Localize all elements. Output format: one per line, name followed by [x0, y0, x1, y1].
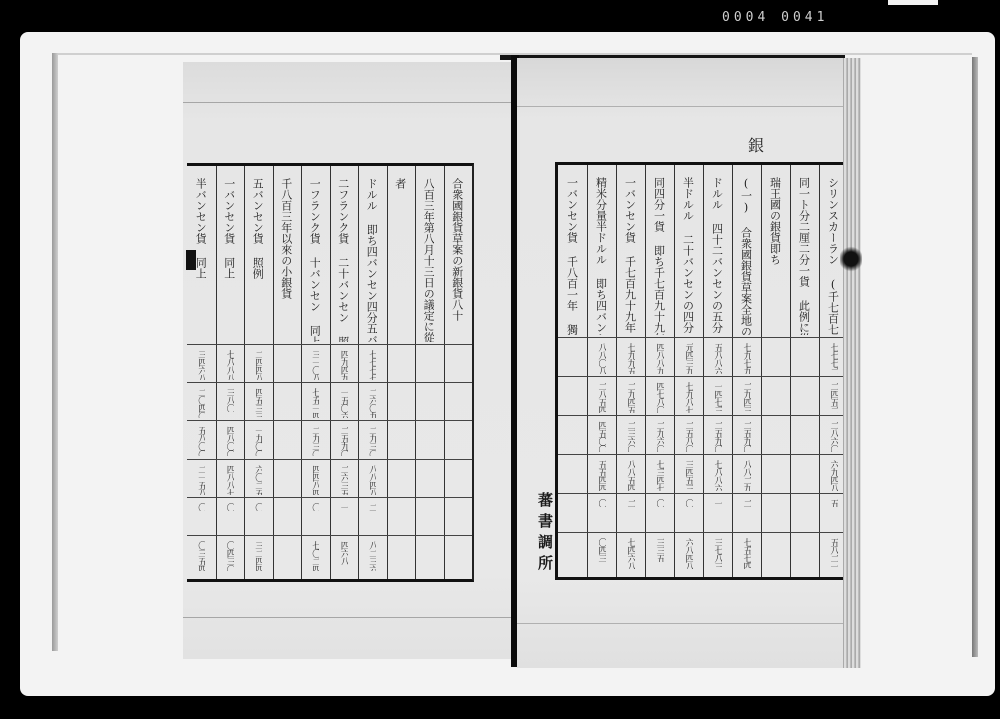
- left-table: 合衆國銀貨草案の新銀貨八十八百三年第八月十三日の議定に從ふ者ドルル 即ち四バンセ…: [187, 163, 474, 582]
- table-cell: 一: [339, 503, 348, 511]
- table-cell: 五八八六五: [713, 343, 722, 374]
- table-cell: 一四七三: [713, 382, 722, 413]
- column-rule: [273, 166, 274, 579]
- table-cell: 二六三五〇四: [339, 465, 348, 495]
- table-cell: 〇: [196, 503, 205, 511]
- row-rule: [558, 454, 848, 455]
- table-cell: 五: [829, 499, 838, 507]
- column-rule: [330, 166, 331, 579]
- table-cell: 四四八四五三: [310, 465, 319, 495]
- column-rule: [587, 165, 588, 577]
- table-cell: 二八六〇: [829, 421, 838, 452]
- table-cell: 四五三三: [253, 388, 262, 418]
- label-column: 一バンセン貨 千八百一年 獨逸の位に從ふ: [567, 177, 578, 335]
- label-column: ドルル 四十二バンセンの五分の一 同千七百九十八年 右國の位に從ふ: [712, 177, 723, 335]
- table-cell: 七八八八九五: [225, 350, 234, 380]
- column-rule: [244, 166, 245, 579]
- table-cell: 〇: [684, 499, 693, 507]
- frame-number: 0004 0041: [722, 10, 828, 25]
- label-column: (一) 合衆國銀貨草案全地の銀貨: [741, 177, 752, 335]
- table-cell: 二五九〇: [742, 421, 751, 452]
- table-cell: 二九三〇: [310, 426, 319, 456]
- table-cell: 四八〇〇: [225, 426, 234, 456]
- label-column: 合衆國銀貨草案の新銀貨八十: [452, 178, 463, 321]
- label-column: 者: [395, 178, 406, 189]
- table-cell: 七〇二四: [310, 541, 319, 571]
- table-cell: 八八二九: [742, 460, 751, 491]
- table-cell: 三一〇八八: [310, 350, 319, 380]
- table-cell: 四七八〇: [655, 382, 664, 413]
- column-rule: [761, 165, 762, 577]
- column-rule: [216, 166, 217, 579]
- table-cell: 四八八九六: [655, 343, 664, 374]
- table-cell: 〇四三〇: [225, 541, 234, 571]
- table-cell: 四六八: [339, 541, 348, 565]
- table-cell: 七八八六二: [713, 460, 722, 491]
- table-cell: 五八〇〇: [196, 426, 205, 456]
- label-column: 一フランク貨 十バンセン 同上: [309, 178, 320, 342]
- column-rule: [790, 165, 791, 577]
- table-cell: 〇: [597, 499, 606, 507]
- table-cell: 二四四八四〇: [253, 350, 262, 380]
- table-cell: 六〇二五五: [253, 465, 262, 495]
- table-cell: 七九八七: [684, 382, 693, 413]
- table-cell: 七五一四: [310, 388, 319, 418]
- row-rule: [187, 382, 472, 383]
- table-cell: 七四六八: [626, 538, 635, 569]
- label-column: 同一ト分二厘二分一貨 此例に從ふ: [799, 177, 810, 335]
- table-cell: 二四五二: [829, 382, 838, 413]
- label-column: シリンスカーラン (千七百七十五年 同七十五年) 右國の位に從ふ: [828, 177, 839, 335]
- column-rule: [645, 165, 646, 577]
- table-cell: 一九〇〇: [253, 426, 262, 456]
- label-column: 精米分量半ドルル 即ち四バンセン貨 千八百一年 同上: [596, 177, 607, 335]
- label-column: 半バンセン貨 同上: [195, 178, 206, 279]
- table-cell: 〇三五四: [196, 541, 205, 571]
- table-cell: 七七七二四: [829, 343, 838, 374]
- page-edges: [843, 58, 861, 668]
- table-cell: 六八四八: [684, 538, 693, 569]
- table-cell: 二九四三五: [742, 382, 751, 413]
- page-tab-marker-right: [840, 245, 862, 273]
- right-table: シリンスカーラン (千七百七十五年 同七十五年) 右國の位に從ふ同一ト分二厘二分…: [555, 162, 848, 580]
- table-cell: 二五九〇: [713, 421, 722, 452]
- row-rule: [187, 420, 472, 421]
- table-cell: 三八〇: [225, 388, 234, 412]
- row-rule: [558, 415, 848, 416]
- table-cell: 二: [367, 503, 376, 511]
- row-rule: [558, 376, 848, 377]
- table-cell: 元四三九: [684, 343, 693, 374]
- table-cell: 三四六八八: [196, 350, 205, 380]
- table-cell: 〇: [253, 503, 262, 511]
- table-cell: 七七七七二四: [367, 350, 376, 380]
- table-cell: 〇四三: [597, 538, 606, 562]
- table-cell: 一五〇六八: [339, 388, 348, 418]
- table-cell: 三二四四: [253, 541, 262, 571]
- table-cell: 二: [742, 499, 751, 507]
- film-marker: [888, 0, 938, 5]
- column-rule: [674, 165, 675, 577]
- table-cell: 五五四四: [597, 460, 606, 491]
- table-cell: 一: [713, 499, 722, 507]
- table-cell: 〇: [655, 499, 664, 507]
- label-column: 一バンセン貨 同上: [224, 178, 235, 279]
- table-cell: 三七八三: [713, 538, 722, 569]
- table-cell: 八八〇八八: [597, 343, 606, 374]
- column-rule: [387, 166, 388, 579]
- column-rule: [415, 166, 416, 579]
- table-cell: 二三六〇: [626, 421, 635, 452]
- row-rule: [558, 532, 848, 533]
- table-cell: 二: [626, 499, 635, 507]
- label-column: 二フランク貨 二十バンセン 照例: [338, 178, 349, 342]
- table-cell: 八二三六: [367, 541, 376, 571]
- table-cell: 二八五四: [597, 382, 606, 413]
- label-column: 半ドルル 二十バンセンの四分の一 同上: [683, 177, 694, 335]
- table-cell: 二九三〇: [367, 426, 376, 456]
- table-cell: 四五〇〇: [597, 421, 606, 452]
- label-column: 瑞王國の銀貨即ち: [770, 177, 781, 265]
- table-cell: 〇: [225, 503, 234, 511]
- column-rule: [616, 165, 617, 577]
- row-rule: [187, 497, 472, 498]
- table-cell: 七三四七五: [655, 460, 664, 491]
- table-cell: 五八二一: [829, 538, 838, 569]
- row-rule: [187, 344, 472, 345]
- table-cell: 二〇四〇: [196, 388, 205, 418]
- table-cell: 四九四九: [339, 350, 348, 380]
- table-cell: 〇: [310, 503, 319, 511]
- row-rule: [187, 459, 472, 460]
- table-cell: 二九四五: [626, 382, 635, 413]
- table-cell: 二一五八六五: [196, 465, 205, 495]
- table-cell: 八八五四四: [626, 460, 635, 491]
- table-cell: 七九九五: [626, 343, 635, 374]
- column-rule: [703, 165, 704, 577]
- table-cell: 二五八〇: [684, 421, 693, 452]
- page-header-mark: 銀: [748, 133, 764, 156]
- table-cell: 三四五三: [684, 460, 693, 491]
- label-column: ドルル 即ち四バンセン四分五バンセン貨 照例: [366, 178, 377, 342]
- mount-border-left: [52, 53, 58, 651]
- label-column: 同四分一貨 即ち千七百九十九年の十バンセン貨 同上: [654, 177, 665, 335]
- column-rule: [444, 166, 445, 579]
- column-rule: [732, 165, 733, 577]
- column-rule: [358, 166, 359, 579]
- label-column: 千八百三年以來の小銀貨: [281, 178, 292, 299]
- table-cell: 二五九〇: [339, 426, 348, 456]
- label-column: 八百三年第八月十三日の議定に從ふ: [423, 178, 434, 342]
- table-cell: 二六〇九六: [367, 388, 376, 418]
- library-stamp: 蕃書調所: [535, 492, 556, 576]
- row-rule: [187, 535, 472, 536]
- label-column: 一バンセン貨 千七百九十九年 同上: [625, 177, 636, 335]
- table-cell: 二九六〇: [655, 421, 664, 452]
- label-column: 五バンセン貨 照例: [252, 178, 263, 279]
- row-rule: [558, 337, 848, 338]
- table-cell: 七九七九五: [742, 343, 751, 374]
- table-cell: 七五七四: [742, 538, 751, 569]
- table-cell: 八八四八六二: [367, 465, 376, 495]
- table-cell: 三三五: [655, 538, 664, 562]
- column-rule: [301, 166, 302, 579]
- table-cell: 六九四八: [829, 460, 838, 491]
- mount-border-right: [972, 57, 978, 657]
- table-cell: 四八八七五四: [225, 465, 234, 495]
- column-rule: [819, 165, 820, 577]
- row-rule: [558, 493, 848, 494]
